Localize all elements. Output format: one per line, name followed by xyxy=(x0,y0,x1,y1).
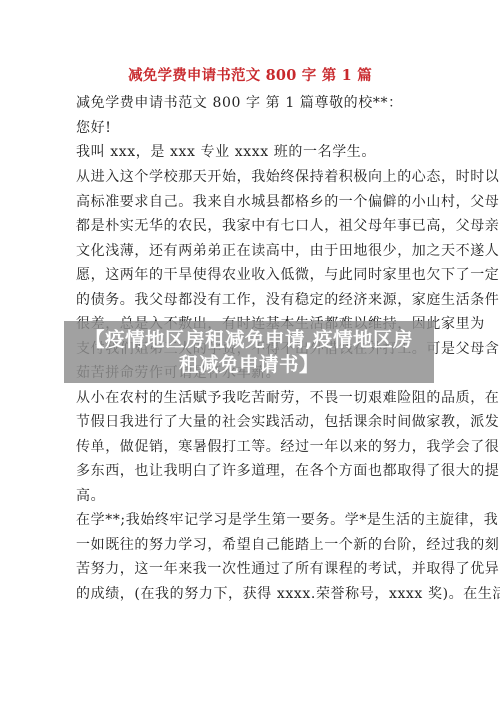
paragraph-line: 文化浅薄，还有两弟弟正在读高中，由于田地很少，加之天不遂人 xyxy=(76,242,432,260)
paragraph-line: 多东西，也让我明白了许多道理，在各个方面也都取得了很大的提 xyxy=(76,462,432,480)
overlay-title: 【疫情地区房租减免申请,疫情地区房 租减免申请书】 xyxy=(64,321,434,383)
paragraph-line: 一如既往的努力学习，希望自己能踏上一个新的台阶，经过我的刻 xyxy=(76,536,432,554)
paragraph-line: 苦努力，这一年来我一次性通过了所有课程的考试，并取得了优异 xyxy=(76,560,432,578)
paragraph-line: 的债务。我父母都没有工作，没有稳定的经济来源，家庭生活条件 xyxy=(76,291,432,309)
paragraph-line: 在学**;我始终牢记学习是学生第一要务。学*是生活的主旋律，我 xyxy=(76,511,432,529)
overlay-title-line-2: 租减免申请书】 xyxy=(179,352,319,377)
paragraph-line: 从进入这个学校那天开始，我始终保持着积极向上的心态，时时以 xyxy=(76,168,432,186)
paragraph-line: 都是朴实无华的农民，我家中有七口人，祖父母年事已高，父母亲 xyxy=(76,217,432,235)
text-line-salutation-heading: 减免学费申请书范文 800 字 第 1 篇尊敬的校**： xyxy=(76,94,432,112)
paragraph-line: 传单，做促销，寒暑假打工等。经过一年以来的努力，我学会了很 xyxy=(76,438,432,456)
text-line-intro: 我叫 xxx，是 xxx 专业 xxxx 班的一名学生。 xyxy=(76,143,432,161)
paragraph-line: 高标准要求自己。我来自水城县都格乡的一个偏僻的小山村，父母 xyxy=(76,193,432,211)
paragraph-line: 节假日我进行了大量的社会实践活动，包括课余时间做家教，派发 xyxy=(76,413,432,431)
paragraph-line: 愿，这两年的干旱使得农业收入低微，与此同时家里也欠下了一定 xyxy=(76,266,432,284)
text-line-greeting: 您好! xyxy=(76,119,432,137)
paragraph-line: 从小在农村的生活赋予我吃苦耐劳，不畏一切艰难险阻的品质，在 xyxy=(76,389,432,407)
document-title: 减免学费申请书范文 800 字 第 1 篇 xyxy=(0,64,500,85)
paragraph-line: 高。 xyxy=(76,487,432,505)
paragraph-line: 的成绩，(在我的努力下，获得 xxxx.荣誉称号，xxxx 奖)。在生活上; xyxy=(76,585,432,603)
overlay-title-line-1: 【疫情地区房租减免申请,疫情地区房 xyxy=(85,327,413,352)
